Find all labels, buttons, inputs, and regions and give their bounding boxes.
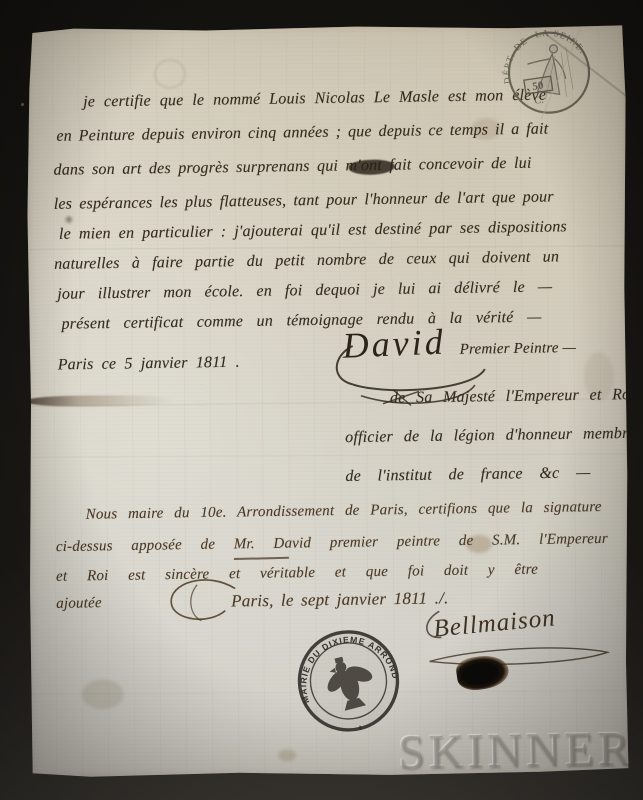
mayor-line: et Roi est sincère et véritable et que f… xyxy=(56,562,538,586)
mayor-signature: Bellmaison xyxy=(432,604,557,643)
seine-revenue-stamp: DÉPT. DE LA SEINE. 50 C. xyxy=(491,14,608,131)
manuscript-line: dans son art des progrès surprenans qui … xyxy=(53,155,531,180)
blind-stamp-ghost xyxy=(154,59,186,89)
mayor-place-date: Paris, le sept janvier 1811 ./. xyxy=(231,588,449,611)
manuscript-line: les espérances les plus flatteuses, tant… xyxy=(54,188,554,214)
manuscript-line: en Peinture depuis environ cinq années ;… xyxy=(56,121,548,147)
manuscript-document: je certifie que le nommé Louis Nicolas L… xyxy=(26,24,631,778)
dust-speck xyxy=(21,103,24,106)
manuscript-line: jour illustrer mon école. en foi dequoi … xyxy=(57,278,552,304)
fold-stain xyxy=(28,395,173,407)
denomination-unit: C. xyxy=(534,95,545,107)
denomination-value: 50 xyxy=(532,79,545,93)
foxing-stain xyxy=(82,679,124,709)
manuscript-line: je certifie que le nommé Louis Nicolas L… xyxy=(83,87,546,112)
burn-hole xyxy=(455,652,511,692)
photograph-background: je certifie que le nommé Louis Nicolas L… xyxy=(0,0,643,800)
signature-title: de l'institut de france &c — xyxy=(345,464,590,486)
foxing-stain xyxy=(278,749,296,761)
manuscript-line: naturelles à faire partie du petit nombr… xyxy=(54,248,559,274)
signature-title: Premier Peintre — xyxy=(460,340,577,359)
mayor-line: ci-dessus apposée de Mr. David premier p… xyxy=(56,531,608,556)
david-signature: David xyxy=(342,321,447,367)
manuscript-line: présent certificat comme un témoignage r… xyxy=(61,309,541,335)
ink-speck xyxy=(66,217,72,223)
manuscript-line: le mien en particulier : j'ajouterai qu'… xyxy=(59,218,567,244)
auction-house-watermark: SKINNER xyxy=(398,721,635,780)
mayor-line: Nous maire du 10e. Arrondissement de Par… xyxy=(86,499,602,524)
signature-title: de Sa Majesté l'Empereur et Roi xyxy=(390,386,635,408)
fold-crease xyxy=(28,452,628,458)
mayor-line: ajoutée xyxy=(56,595,102,613)
dateline: Paris ce 5 janvier 1811 . xyxy=(58,354,240,375)
underline-mark xyxy=(234,557,289,560)
signature-title: officier de la légion d'honneur membre xyxy=(345,425,635,448)
